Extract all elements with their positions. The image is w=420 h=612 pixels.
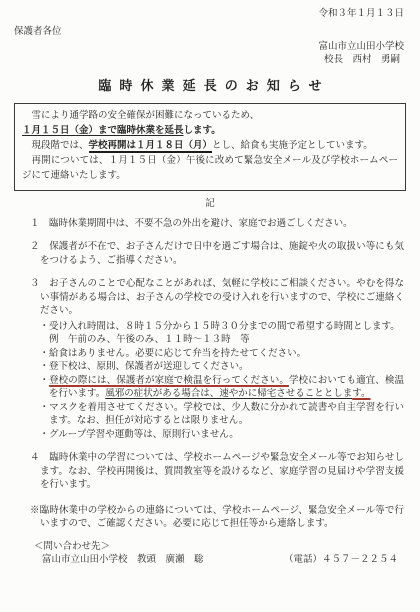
school-name: 富山市立山田小学校 xyxy=(14,41,404,54)
contact-header: ＜問い合わせ先＞ xyxy=(30,541,404,555)
principal-name: 校長 西村 勇嗣 xyxy=(14,54,404,67)
page-title: 臨時休業延長のお知らせ xyxy=(14,77,406,95)
bullet-commute: ・登下校は、原則、保護者が送迎してください。 xyxy=(30,361,404,375)
bullet-marker: ・ xyxy=(40,376,50,386)
item-1: １ 臨時休業期間中は、不要不急の外出を避け、家庭でお過ごしください。 xyxy=(30,218,404,232)
reopen-prefix: 現段階では、 xyxy=(32,141,89,151)
bullet-reception-time: ・受け入れ時間は、８時１５分から１５時３０分までの間で希望する時間とします。 xyxy=(30,321,404,335)
bullet-temperature: ・登校の際には、保護者が家庭で検温を行ってください。学校においても適宜、検温を行… xyxy=(30,375,404,402)
reopen-date-emphasis: 学校再開は１月１８日（月） xyxy=(89,141,213,153)
record-mark: 記 xyxy=(14,198,406,212)
issue-date: 令和３年１月１３日 xyxy=(14,8,406,22)
contact-phone: （電話）４５７－２２５４ xyxy=(284,554,404,568)
contact-row: 富山市立山田小学校 教頭 廣瀬 聡 （電話）４５７－２２５４ xyxy=(30,554,404,568)
contact-school-staff: 富山市立山田小学校 教頭 廣瀬 聡 xyxy=(42,554,204,568)
sender-block: 富山市立山田小学校 校長 西村 勇嗣 xyxy=(14,41,406,67)
box-line-reopen: 現段階では、学校再開は１月１８日（月）とし、給食も実施予定としています。 xyxy=(22,139,398,154)
cold-symptoms-tail: す。 xyxy=(352,389,370,399)
box-line-contact: 再開については、１月１５日（金）午後に改めて緊急安全メール及び学校ホームページに… xyxy=(22,154,398,184)
bullet-reception-example: 例 午前のみ、午後のみ、１１時～１３時 等 xyxy=(30,334,404,348)
note-asterisk: ※臨時休業中の学校からの連絡については、学校ホームページ、緊急安全メール等で行い… xyxy=(30,505,404,532)
bullet-mask: ・マスクを着用させてください。学校では、少人数に分かれて読書や自主学習を行います… xyxy=(30,402,404,429)
notice-page: 令和３年１月１３日 保護者各位 富山市立山田小学校 校長 西村 勇嗣 臨時休業延… xyxy=(0,0,420,612)
notice-body: １ 臨時休業期間中は、不要不急の外出を避け、家庭でお過ごしください。 ２ 保護者… xyxy=(14,218,406,568)
extension-date-rest: します。 xyxy=(184,126,221,136)
box-line-extension: １月１５日（金）まで臨時休業を延長します。 xyxy=(22,124,398,139)
item-4: ４ 臨時休業中の学習については、学校ホームページや緊急安全メール等でお知らせしま… xyxy=(30,452,404,493)
box-line-reason: 雪により通学路の安全確保が困難になっているため、 xyxy=(22,109,398,124)
cold-symptoms-emphasis: 風邪の症状がある場合は、速やかに帰宅させることとしま xyxy=(105,389,352,399)
temperature-check-emphasis: 登校の際には、保護者が家庭で検温を行ってください。 xyxy=(49,376,289,386)
item-3: ３ お子さんのことで心配なことがあれば、気軽に学校にご相談ください。やむを得ない… xyxy=(30,278,404,319)
bullet-group-study: ・グループ学習や運動等は、原則行いません。 xyxy=(30,429,404,443)
addressee: 保護者各位 xyxy=(14,26,406,40)
bullet-lunch: ・給食はありません。必要に応じて弁当を持たせてください。 xyxy=(30,348,404,362)
extension-date-emphasis: １月１５日（金）まで臨時休業を延長 xyxy=(22,126,184,136)
summary-box: 雪により通学路の安全確保が困難になっているため、 １月１５日（金）まで臨時休業を… xyxy=(14,103,406,191)
reopen-suffix: とし、給食も実施予定としています。 xyxy=(212,141,373,151)
item-2: ２ 保護者が不在で、お子さんだけで日中を過ごす場合は、施錠や火の取扱い等にも気を… xyxy=(30,241,404,268)
item-3-bullet-list: ・受け入れ時間は、８時１５分から１５時３０分までの間で希望する時間とします。 例… xyxy=(30,321,404,443)
